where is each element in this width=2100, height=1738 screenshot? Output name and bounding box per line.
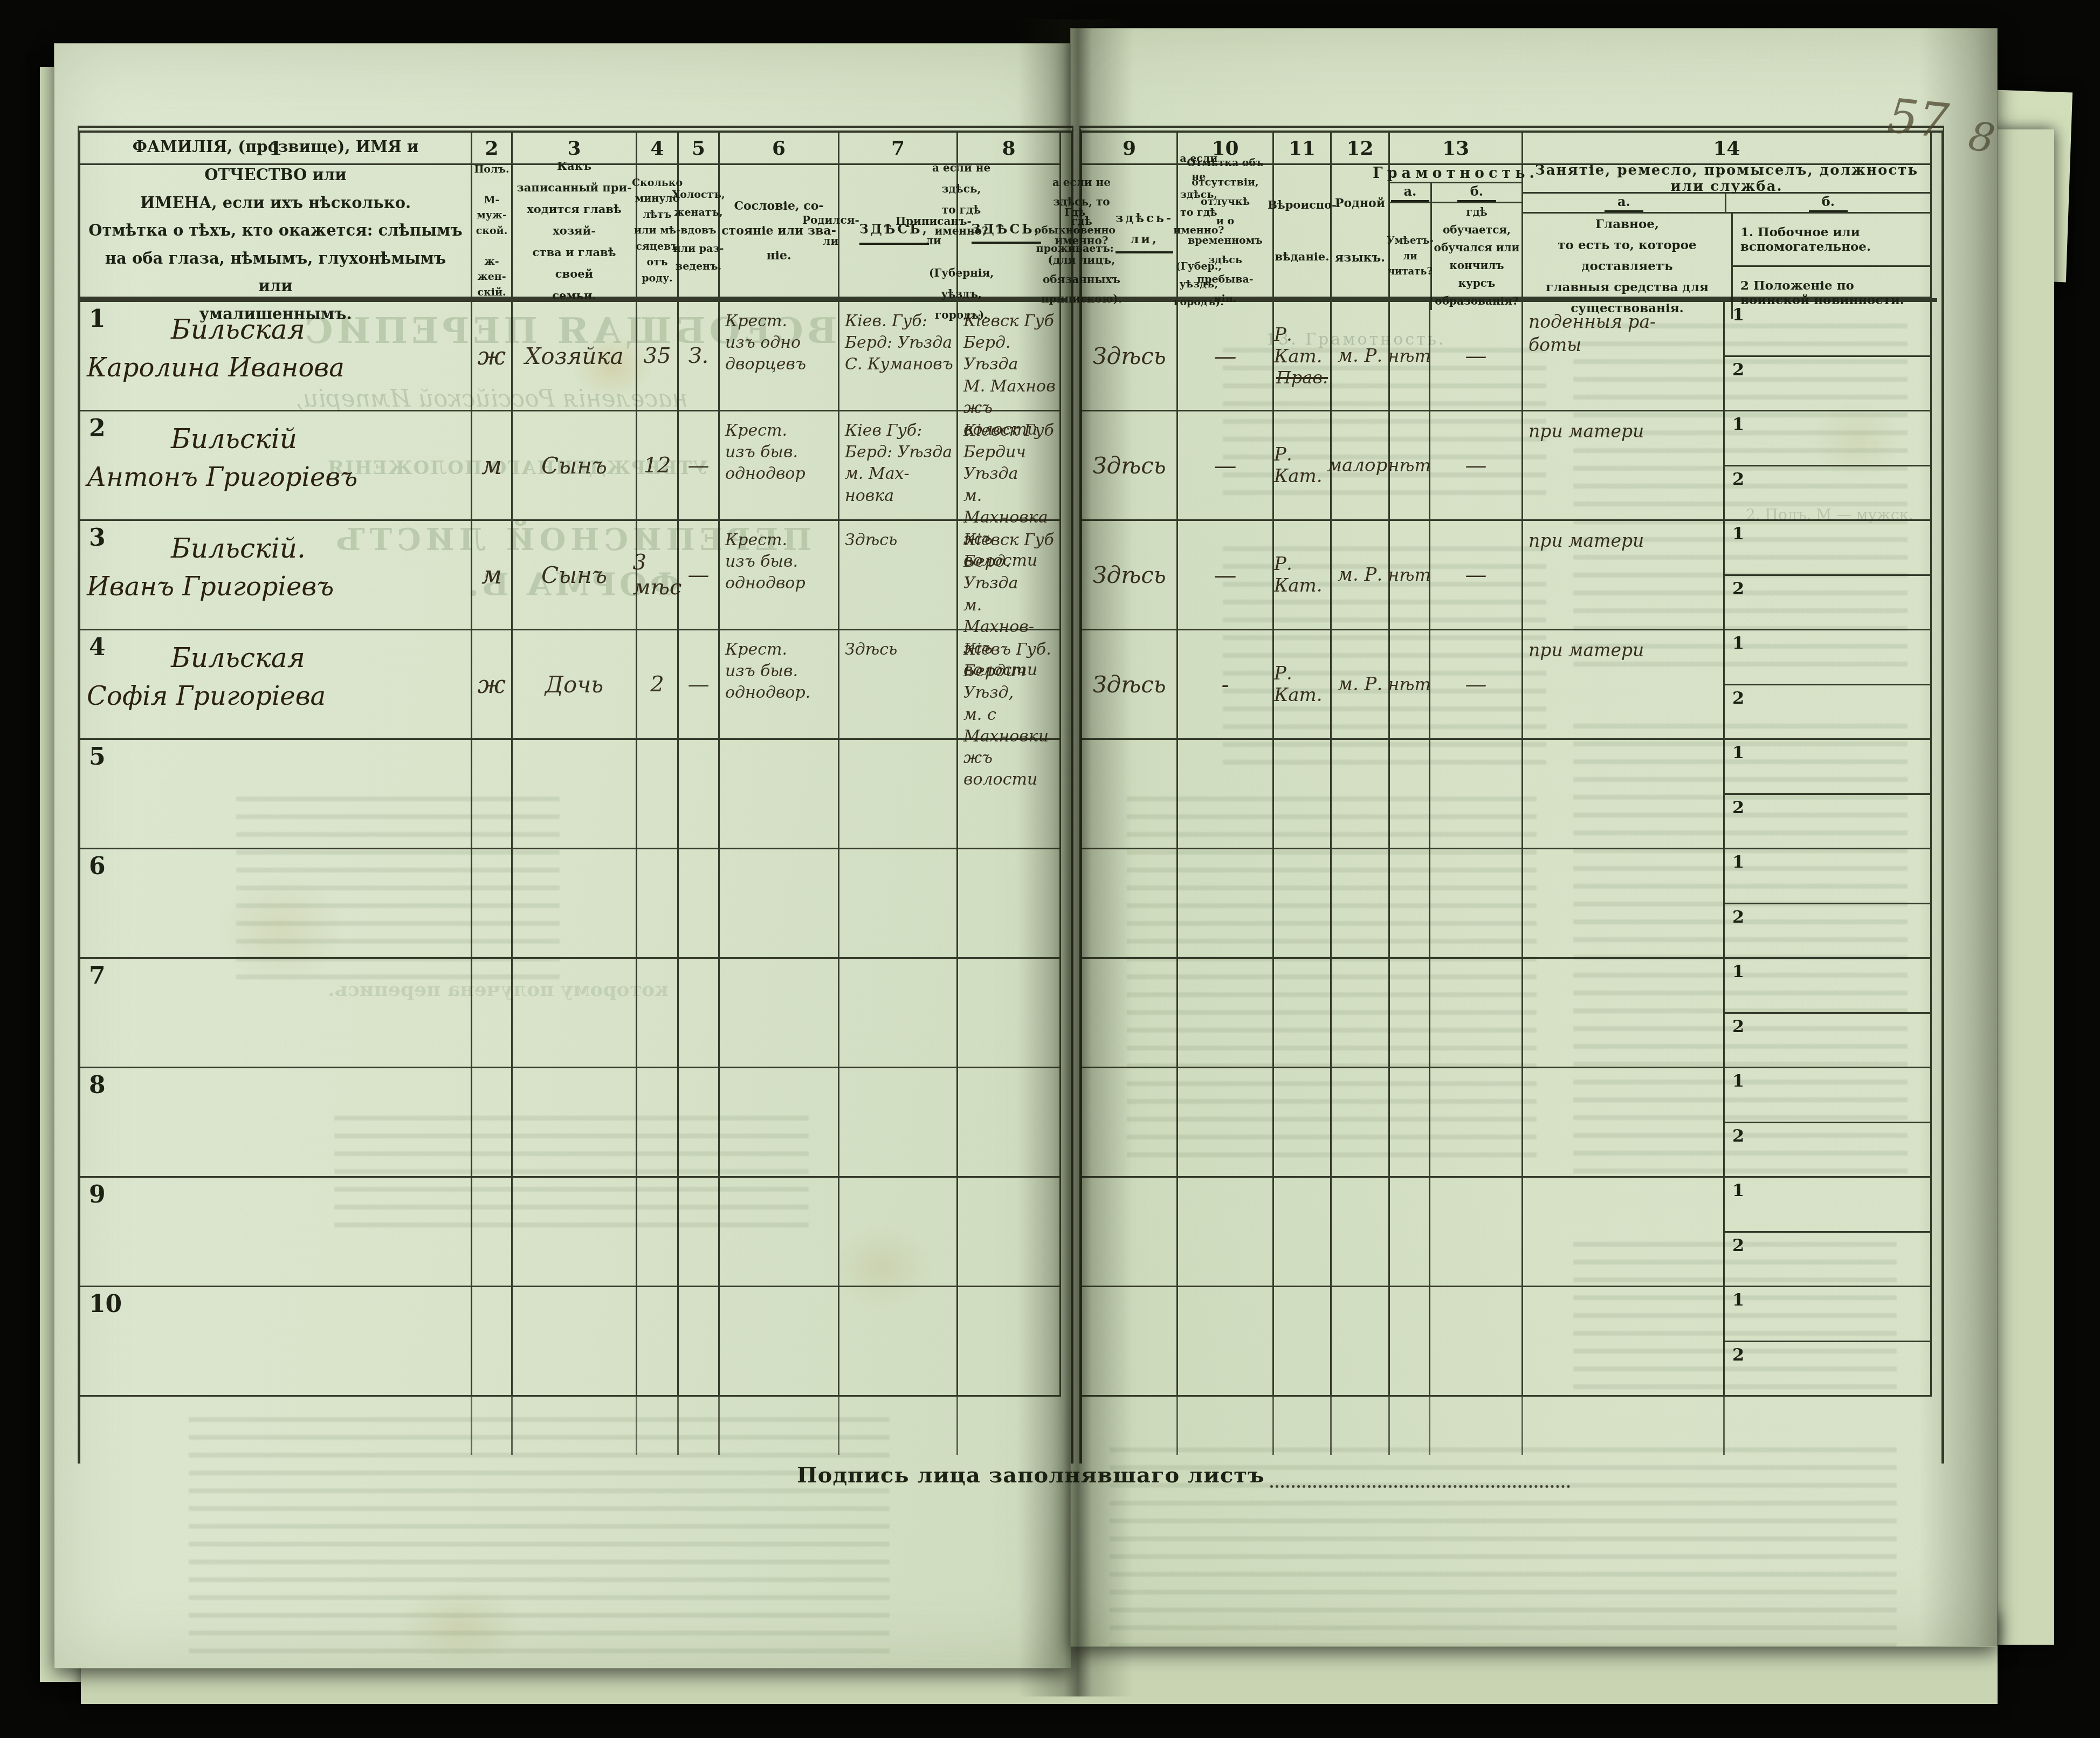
cell-sex — [472, 1178, 513, 1287]
page-number-handwritten: 57 — [1885, 87, 1951, 149]
cell-registration: Кіевск Губ Берд. Уѣзда м. Махнов- жъ вол… — [958, 521, 1061, 630]
cell-occupation: поденныя ра- боты — [1523, 302, 1725, 411]
cell-language — [1332, 959, 1390, 1068]
col-header-residence: Гдѣ обыкновенно проживаетъ: здѣсь-ли, а … — [1082, 165, 1178, 298]
row-number: 2 — [89, 415, 106, 442]
cell-language — [1332, 1287, 1390, 1397]
side-occupation-slot: 1 — [1725, 740, 1930, 795]
col-number-9: 9 — [1082, 133, 1178, 165]
cell-sex: ж — [472, 630, 513, 740]
cell-sex — [472, 1068, 513, 1178]
census-sheet-scan: { "document": { "page_number_main": "57"… — [0, 0, 2100, 1738]
given-name-handwriting: Каролина Иванова — [87, 353, 471, 383]
cell-marital: З. — [679, 302, 720, 411]
cell-residence — [1082, 959, 1178, 1068]
cell-reads: нѣт — [1390, 411, 1430, 521]
cell-reads: нѣт — [1390, 630, 1430, 740]
cell-relation — [513, 959, 637, 1068]
cell-reads — [1390, 740, 1430, 849]
cell-estate — [720, 740, 839, 849]
cell-religion — [1274, 1178, 1332, 1287]
cell-marital — [679, 740, 720, 849]
cell-language — [1332, 740, 1390, 849]
cell-language — [1332, 1178, 1390, 1287]
cell-absence — [1178, 740, 1274, 849]
signature-row: Подпись лица заполнявшаго листъ — [797, 1462, 1570, 1488]
surname-handwriting: Бильскій — [171, 423, 471, 455]
cell-marital — [679, 959, 720, 1068]
cell-religion — [1274, 849, 1332, 959]
signature-blank-line — [1270, 1467, 1570, 1488]
cell-marital: — — [679, 521, 720, 630]
cell-sex — [472, 1287, 513, 1397]
table-header-right: 9 10 11 12 13 14 Гдѣ обыкновенно прожива… — [1082, 133, 1937, 302]
col-header-surname: ФАМИЛІЯ, (прозвище), ИМЯ и ОТЧЕСТВО или … — [80, 165, 472, 298]
cell-education: — — [1430, 630, 1523, 740]
cell-absence: — — [1178, 302, 1274, 411]
cell-education: — — [1430, 411, 1523, 521]
table-body-right: Здѣсь — Р. Кат.Прав. м. Р. нѣт — поденны… — [1082, 302, 1937, 1397]
cell-occupation-side: 1 2 — [1725, 740, 1932, 849]
row-number: 9 — [89, 1181, 106, 1208]
cell-education — [1430, 959, 1523, 1068]
literacy-sub-b: б. — [1432, 183, 1521, 202]
surname-handwriting: Бильскій. — [171, 533, 471, 564]
row-number: 5 — [89, 743, 106, 771]
cell-religion — [1274, 1068, 1332, 1178]
row-number: 7 — [89, 962, 106, 990]
cell-occupation-side: 1 2 — [1725, 959, 1932, 1068]
occupation-title: Занятіе, ремесло, промыселъ, должность и… — [1523, 165, 1930, 194]
surname-handwriting: Бильская — [171, 642, 471, 674]
cell-occupation-side: 1 2 — [1725, 411, 1932, 521]
col-header-religion: Вѣроиспо- вѣданіе. — [1274, 165, 1332, 298]
cell-language: малор. — [1332, 411, 1390, 521]
cell-birthplace — [839, 740, 958, 849]
cell-marital — [679, 1068, 720, 1178]
cell-occupation — [1523, 849, 1725, 959]
cell-age — [637, 1178, 679, 1287]
cell-registration — [958, 849, 1061, 959]
cell-religion: Р. Кат. — [1274, 521, 1332, 630]
cell-estate — [720, 1178, 839, 1287]
cell-occupation-side: 1 2 — [1725, 1068, 1932, 1178]
col-number-14: 14 — [1523, 133, 1932, 165]
cell-estate — [720, 959, 839, 1068]
cell-occupation-side: 1 2 — [1725, 521, 1932, 630]
col-number-13: 13 — [1390, 133, 1523, 165]
cell-occupation-side: 1 2 — [1725, 849, 1932, 959]
cell-age — [637, 1287, 679, 1397]
cell-estate — [720, 1287, 839, 1397]
military-status-slot: 2 — [1725, 1123, 1930, 1177]
crossed-out-entry: Прав. — [1276, 367, 1328, 388]
cell-name: 1 Бильская Каролина Иванова — [80, 302, 472, 411]
military-status-slot: 2 — [1725, 576, 1930, 629]
cell-relation — [513, 849, 637, 959]
given-name-handwriting: Антонъ Григоріевъ — [87, 462, 471, 492]
cell-age: 3 мѣс — [637, 521, 679, 630]
cell-education: — — [1430, 302, 1523, 411]
col-number-12: 12 — [1332, 133, 1390, 165]
cell-occupation: при матери — [1523, 521, 1725, 630]
row-number: 10 — [89, 1290, 122, 1318]
cell-language: м. Р. — [1332, 630, 1390, 740]
col-header-marital: Холостъ, женатъ, вдовъ или раз- веденъ. — [679, 165, 720, 298]
cell-birthplace — [839, 1178, 958, 1287]
cell-marital — [679, 1287, 720, 1397]
side-occupation-slot: 1 — [1725, 630, 1930, 685]
occupation-sub-a: а. — [1523, 194, 1726, 212]
cell-marital — [679, 849, 720, 959]
col-header-language: Родной языкъ. — [1332, 165, 1390, 298]
cell-registration: Кіевск Губ Берд. Уѣзда М. Махнов жъ воло… — [958, 302, 1061, 411]
cell-education — [1430, 1178, 1523, 1287]
cell-sex — [472, 849, 513, 959]
cell-name: 2 Бильскій Антонъ Григоріевъ — [80, 411, 472, 521]
cell-residence: Здѣсь — [1082, 411, 1178, 521]
cell-marital: — — [679, 411, 720, 521]
cell-age — [637, 959, 679, 1068]
cell-residence — [1082, 849, 1178, 959]
cell-sex: ж — [472, 302, 513, 411]
cell-registration — [958, 959, 1061, 1068]
cell-language: м. Р. — [1332, 521, 1390, 630]
cell-education — [1430, 1068, 1523, 1178]
cell-name: 7 — [80, 959, 472, 1068]
cell-sex: м — [472, 411, 513, 521]
cell-age: 35 — [637, 302, 679, 411]
cell-religion — [1274, 959, 1332, 1068]
cell-reads — [1390, 1068, 1430, 1178]
cell-name: 4 Бильская Софія Григоріева — [80, 630, 472, 740]
cell-occupation: при матери — [1523, 630, 1725, 740]
emphasis-here: здѣсь-ли, — [1116, 208, 1173, 253]
military-status-slot: 2 — [1725, 904, 1930, 958]
cell-occupation — [1523, 1068, 1725, 1178]
cell-birthplace — [839, 959, 958, 1068]
cell-relation — [513, 740, 637, 849]
cell-name: 6 — [80, 849, 472, 959]
cell-language: м. Р. — [1332, 302, 1390, 411]
col-header-sex: Полъ. М-муж- ской. ж-жен- скій. — [472, 165, 513, 298]
cell-relation: Хозяйка — [513, 302, 637, 411]
cell-education — [1430, 849, 1523, 959]
cell-residence: Здѣсь — [1082, 630, 1178, 740]
side-occupation-slot: 1 — [1725, 1178, 1930, 1233]
cell-absence: - — [1178, 630, 1274, 740]
cell-estate: Крест. изъ быв. однодвор — [720, 411, 839, 521]
cell-name: 9 — [80, 1178, 472, 1287]
cell-religion — [1274, 1287, 1332, 1397]
side-occupation-slot: 1 — [1725, 849, 1930, 904]
cell-absence — [1178, 1068, 1274, 1178]
row-number: 1 — [89, 305, 106, 333]
cell-absence: — — [1178, 521, 1274, 630]
cell-reads: нѣт — [1390, 521, 1430, 630]
side-occupation-slot: 1 — [1725, 1068, 1930, 1123]
cell-age: 12 — [637, 411, 679, 521]
cell-estate: Крест. изъ быв. однодвор. — [720, 630, 839, 740]
col-number-6: 6 — [720, 133, 839, 165]
cell-registration — [958, 740, 1061, 849]
cell-residence: Здѣсь — [1082, 521, 1178, 630]
cell-birthplace: Здѣсь — [839, 630, 958, 740]
cell-occupation — [1523, 1178, 1725, 1287]
cell-birthplace — [839, 1068, 958, 1178]
cell-residence: Здѣсь — [1082, 302, 1178, 411]
cell-relation: Сынъ — [513, 411, 637, 521]
given-name-handwriting: Иванъ Григоріевъ — [87, 572, 471, 602]
table-body-left: 1 Бильская Каролина Иванова ж Хозяйка 35… — [80, 302, 1068, 1397]
cell-education — [1430, 1287, 1523, 1397]
cell-residence — [1082, 1068, 1178, 1178]
col-header-literacy-group: Грамотность. а. б. Умѣетъ- ли читать? гд… — [1390, 165, 1523, 298]
row-number: 3 — [89, 524, 106, 552]
cell-occupation-side: 1 2 — [1725, 302, 1932, 411]
col-header-absence: Отмѣтка объ отсутствіи, отлучкѣ и о врем… — [1178, 165, 1274, 298]
cell-relation — [513, 1068, 637, 1178]
cell-birthplace: Кіев. Губ: Берд: Уѣзда С. Кумановъ — [839, 302, 958, 411]
cell-marital — [679, 1178, 720, 1287]
side-occupation-slot: 1 — [1725, 302, 1930, 357]
cell-residence — [1082, 1287, 1178, 1397]
cell-age — [637, 740, 679, 849]
under-sheet-right-edge — [1991, 129, 2054, 1645]
cell-reads — [1390, 1178, 1430, 1287]
military-status-slot: 2 — [1725, 685, 1930, 739]
col-number-4: 4 — [637, 133, 679, 165]
cell-birthplace — [839, 1287, 958, 1397]
military-status-slot: 2 — [1725, 1014, 1930, 1067]
cell-education — [1430, 740, 1523, 849]
occupation-side-1: 1. Побочное или вспомогательное. — [1733, 214, 1930, 267]
emphasis-here: ЗДѢСЬ, — [972, 218, 1041, 244]
literacy-title: Грамотность. — [1390, 165, 1521, 183]
row-number: 4 — [89, 634, 106, 661]
cell-sex — [472, 959, 513, 1068]
cell-name: 8 — [80, 1068, 472, 1178]
cell-estate: Крест. изъ одно дворцевъ — [720, 302, 839, 411]
signature-label: Подпись лица заполнявшаго листъ — [797, 1462, 1265, 1488]
cell-absence — [1178, 849, 1274, 959]
cell-estate — [720, 1068, 839, 1178]
col-header-occupation-group: Занятіе, ремесло, промыселъ, должность и… — [1523, 165, 1932, 298]
given-name-handwriting: Софія Григоріева — [87, 681, 471, 711]
side-occupation-slot: 1 — [1725, 521, 1930, 576]
side-occupation-slot: 1 — [1725, 1287, 1930, 1342]
occupation-sub-b: б. — [1726, 194, 1930, 212]
side-occupation-slot: 1 — [1725, 411, 1930, 466]
cell-name: 10 — [80, 1287, 472, 1397]
side-occupation-slot: 1 — [1725, 959, 1930, 1014]
cell-birthplace: Здѣсь — [839, 521, 958, 630]
cell-relation: Сынъ — [513, 521, 637, 630]
literacy-education-header: гдѣ обучается, обучался или кончилъ курс… — [1432, 203, 1521, 310]
cell-religion: Р. Кат. — [1274, 630, 1332, 740]
cell-age — [637, 849, 679, 959]
military-status-slot: 2 — [1725, 466, 1930, 520]
cell-reads — [1390, 959, 1430, 1068]
cell-marital: — — [679, 630, 720, 740]
military-status-slot: 2 — [1725, 1342, 1930, 1396]
literacy-sub-a: а. — [1390, 183, 1432, 202]
cell-birthplace: Кіев Губ: Берд: Уѣзда м. Мах- новка — [839, 411, 958, 521]
cell-absence: — — [1178, 411, 1274, 521]
cell-estate — [720, 849, 839, 959]
cell-absence — [1178, 1178, 1274, 1287]
cell-occupation-side: 1 2 — [1725, 1287, 1932, 1397]
column-stubs-left — [80, 1397, 1068, 1455]
cell-registration: Кіевск Губ Бердич Уѣзда м. Махновка жъ в… — [958, 411, 1061, 521]
cell-registration — [958, 1287, 1061, 1397]
col-number-2: 2 — [472, 133, 513, 165]
cell-sex: м — [472, 521, 513, 630]
cell-registration — [958, 1068, 1061, 1178]
cell-name: 5 — [80, 740, 472, 849]
cell-religion: Р. Кат.Прав. — [1274, 302, 1332, 411]
military-status-slot: 2 — [1725, 357, 1930, 410]
surname-handwriting: Бильская — [171, 314, 471, 345]
cell-registration: Кіевъ Губ. Бердич Уѣзд, м. с Махновки жъ… — [958, 630, 1061, 740]
cell-reads — [1390, 849, 1430, 959]
cell-age — [637, 1068, 679, 1178]
col-number-11: 11 — [1274, 133, 1332, 165]
military-status-slot: 2 — [1725, 795, 1930, 848]
cell-name: 3 Бильскій. Иванъ Григоріевъ — [80, 521, 472, 630]
cell-reads — [1390, 1287, 1430, 1397]
cell-registration — [958, 1178, 1061, 1287]
cell-age: 2 — [637, 630, 679, 740]
cell-religion: Р. Кат. — [1274, 411, 1332, 521]
cell-residence — [1082, 740, 1178, 849]
col-number-5: 5 — [679, 133, 720, 165]
cell-reads: нѣт — [1390, 302, 1430, 411]
cell-occupation — [1523, 740, 1725, 849]
cell-occupation — [1523, 959, 1725, 1068]
cell-birthplace — [839, 849, 958, 959]
column-stubs-right — [1082, 1397, 1937, 1455]
row-number: 6 — [89, 853, 106, 880]
cell-occupation-side: 1 2 — [1725, 630, 1932, 740]
cell-absence — [1178, 959, 1274, 1068]
cell-relation — [513, 1178, 637, 1287]
cell-occupation-side: 1 2 — [1725, 1178, 1932, 1287]
cell-absence — [1178, 1287, 1274, 1397]
cell-relation — [513, 1287, 637, 1397]
cell-education: — — [1430, 521, 1523, 630]
col-header-relation: Какъ записанный при- ходится главѣ хозяй… — [513, 165, 637, 298]
cell-relation: Дочь — [513, 630, 637, 740]
military-status-slot: 2 — [1725, 1233, 1930, 1286]
cell-residence — [1082, 1178, 1178, 1287]
cell-language — [1332, 849, 1390, 959]
literacy-reads-header: Умѣетъ- ли читать? — [1390, 203, 1432, 310]
cell-occupation: при матери — [1523, 411, 1725, 521]
cell-estate: Крест. изъ быв. однодвор — [720, 521, 839, 630]
cell-sex — [472, 740, 513, 849]
row-number: 8 — [89, 1071, 106, 1099]
table-header-left: 1 2 3 4 5 6 7 8 ФАМИЛІЯ, (прозвище), ИМЯ… — [80, 133, 1068, 302]
cell-language — [1332, 1068, 1390, 1178]
cell-religion — [1274, 740, 1332, 849]
cell-occupation — [1523, 1287, 1725, 1397]
